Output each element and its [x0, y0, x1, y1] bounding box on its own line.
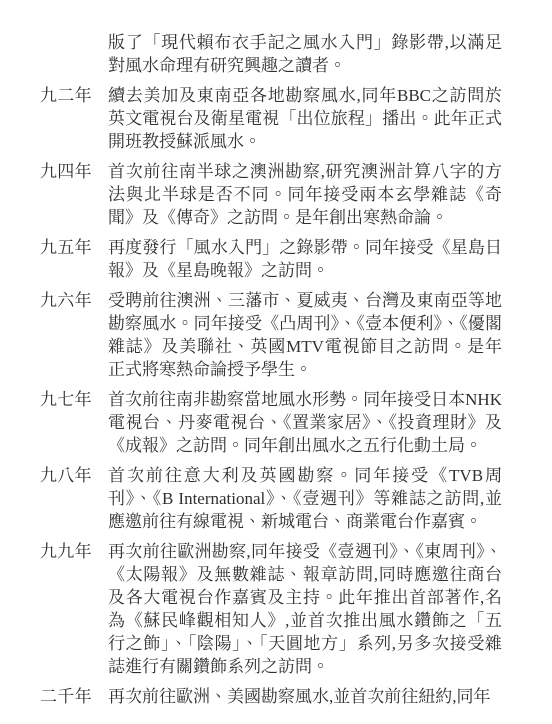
timeline-entry-text: 再次前往歐洲、美國勘察風水,並首次前往紐約,同年: [108, 685, 502, 708]
timeline-year-label: 九二年: [40, 84, 108, 107]
timeline-entry-text: 首次前往南非勘察當地風水形勢。同年接受日本NHK電視台、丹麥電視台、《置業家居》…: [108, 388, 502, 457]
timeline-entry: 九五年 再度發行「風水入門」之錄影帶。同年接受《星島日報》及《星島晚報》之訪問。: [40, 236, 504, 282]
timeline-entry-text: 首次前往南半球之澳洲勘察,研究澳洲計算八字的方法與北半球是否不同。同年接受兩本玄…: [108, 160, 502, 229]
timeline-content: 版了「現代賴布衣手記之風水入門」錄影帶,以滿足對風水命理有研究興趣之讀者。 九二…: [40, 31, 504, 708]
timeline-year-label: 二千年: [40, 685, 108, 708]
timeline-entry: 九七年 首次前往南非勘察當地風水形勢。同年接受日本NHK電視台、丹麥電視台、《置…: [40, 388, 504, 457]
timeline-year-label: 九六年: [40, 289, 108, 312]
timeline-entry: 九八年 首次前往意大利及英國勘察。同年接受《TVB周刊》、《B Internat…: [40, 464, 504, 533]
timeline-entry-text: 再度發行「風水入門」之錄影帶。同年接受《星島日報》及《星島晚報》之訪問。: [108, 236, 502, 282]
timeline-year-label: 九五年: [40, 236, 108, 259]
timeline-entry-text: 續去美加及東南亞各地勘察風水,同年BBC之訪問於英文電視台及衛星電視「出位旅程」…: [108, 84, 502, 153]
timeline-entry: 版了「現代賴布衣手記之風水入門」錄影帶,以滿足對風水命理有研究興趣之讀者。: [40, 31, 504, 77]
timeline-entry-text: 版了「現代賴布衣手記之風水入門」錄影帶,以滿足對風水命理有研究興趣之讀者。: [108, 31, 502, 77]
timeline-entry: 九六年 受聘前往澳洲、三藩市、夏威夷、台灣及東南亞等地勘察風水。同年接受《凸周刊…: [40, 289, 504, 381]
timeline-entry: 二千年 再次前往歐洲、美國勘察風水,並首次前往紐約,同年: [40, 685, 504, 708]
timeline-entry-text: 再次前往歐洲勘察,同年接受《壹週刊》、《東周刊》、《太陽報》及無數雜誌、報章訪問…: [108, 540, 502, 678]
timeline-entry-text: 首次前往意大利及英國勘察。同年接受《TVB周刊》、《B Internationa…: [108, 464, 502, 533]
timeline-entry-text: 受聘前往澳洲、三藩市、夏威夷、台灣及東南亞等地勘察風水。同年接受《凸周刊》、《壹…: [108, 289, 502, 381]
document-page: 版了「現代賴布衣手記之風水入門」錄影帶,以滿足對風水命理有研究興趣之讀者。 九二…: [0, 0, 552, 724]
timeline-entry: 九九年 再次前往歐洲勘察,同年接受《壹週刊》、《東周刊》、《太陽報》及無數雜誌、…: [40, 540, 504, 678]
timeline-year-label: 九八年: [40, 464, 108, 487]
timeline-entry: 九二年 續去美加及東南亞各地勘察風水,同年BBC之訪問於英文電視台及衛星電視「出…: [40, 84, 504, 153]
timeline-year-label: 九九年: [40, 540, 108, 563]
timeline-year-label: 九七年: [40, 388, 108, 411]
timeline-year-label: 九四年: [40, 160, 108, 183]
timeline-entry: 九四年 首次前往南半球之澳洲勘察,研究澳洲計算八字的方法與北半球是否不同。同年接…: [40, 160, 504, 229]
